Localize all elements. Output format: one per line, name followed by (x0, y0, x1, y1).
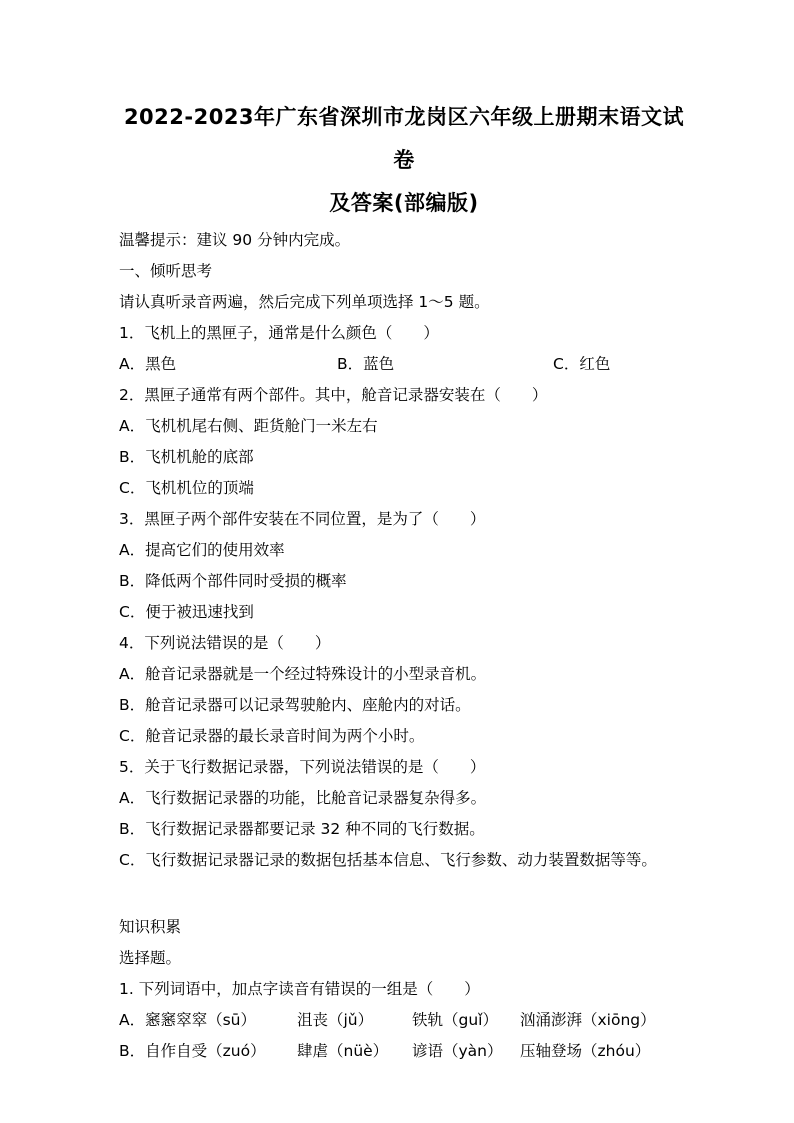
q3-option-a: A．提高它们的使用效率 (119, 535, 689, 566)
q5-option-a: A．飞行数据记录器的功能，比舱音记录器复杂得多。 (119, 783, 689, 814)
pinyin-item: 沮丧（jǔ） (297, 1005, 412, 1036)
q2-option-c: C．飞机机位的顶端 (119, 473, 689, 504)
q1-option-a: A．黑色 (119, 349, 337, 380)
q3-option-b: B．降低两个部件同时受损的概率 (119, 566, 689, 597)
section2-subheading: 选择题。 (119, 943, 689, 974)
s2-q1-option-row-b: B．自作自受（zuó） 肆虐（nüè） 谚语（yàn） 压轴登场（zhóu） (119, 1036, 689, 1067)
q2-stem: 2．黑匣子通常有两个部件。其中，舱音记录器安装在（ ） (119, 380, 689, 411)
pinyin-item: 铁轨（guǐ） (412, 1005, 520, 1036)
q3-stem: 3．黑匣子两个部件安装在不同位置，是为了（ ） (119, 504, 689, 535)
q4-option-a: A．舱音记录器就是一个经过特殊设计的小型录音机。 (119, 659, 689, 690)
q1-option-b: B．蓝色 (337, 349, 553, 380)
section1-intro: 请认真听录音两遍，然后完成下列单项选择 1～5 题。 (119, 287, 689, 318)
q2-option-b: B．飞机机舱的底部 (119, 442, 689, 473)
hint-text: 温馨提示：建议 90 分钟内完成。 (119, 225, 689, 256)
s2-q1-stem: 1. 下列词语中，加点字读音有错误的一组是（ ） (119, 974, 689, 1005)
pinyin-item: 谚语（yàn） (412, 1036, 520, 1067)
q4-option-c: C．舱音记录器的最长录音时间为两个小时。 (119, 721, 689, 752)
exam-document-page: 2022-2023年广东省深圳市龙岗区六年级上册期末语文试卷 及答案(部编版) … (0, 0, 794, 1123)
q2-option-a: A．飞机机尾右侧、距货舱门一米左右 (119, 411, 689, 442)
s2-q1-option-row-a: A．窸窸窣窣（sū） 沮丧（jǔ） 铁轨（guǐ） 汹涌澎湃（xiōng） (119, 1005, 689, 1036)
q5-stem: 5．关于飞行数据记录器，下列说法错误的是（ ） (119, 752, 689, 783)
document-title: 2022-2023年广东省深圳市龙岗区六年级上册期末语文试卷 及答案(部编版) (119, 96, 689, 225)
q5-option-c: C．飞行数据记录器记录的数据包括基本信息、飞行参数、动力装置数据等等。 (119, 845, 689, 876)
section-spacer (119, 876, 689, 912)
pinyin-item: 压轴登场（zhóu） (520, 1036, 650, 1067)
title-line-1: 2022-2023年广东省深圳市龙岗区六年级上册期末语文试卷 (119, 96, 689, 182)
section2-heading: 知识积累 (119, 912, 689, 943)
q1-options-row: A．黑色 B．蓝色 C．红色 (119, 349, 689, 380)
q1-stem: 1．飞机上的黑匣子，通常是什么颜色（ ） (119, 318, 689, 349)
title-line-2: 及答案(部编版) (119, 182, 689, 225)
pinyin-item: A．窸窸窣窣（sū） (119, 1005, 297, 1036)
pinyin-item: 汹涌澎湃（xiōng） (520, 1005, 656, 1036)
section1-heading: 一、倾听思考 (119, 256, 689, 287)
pinyin-item: 肆虐（nüè） (297, 1036, 412, 1067)
q5-option-b: B．飞行数据记录器都要记录 32 种不同的飞行数据。 (119, 814, 689, 845)
q4-stem: 4．下列说法错误的是（ ） (119, 628, 689, 659)
q4-option-b: B．舱音记录器可以记录驾驶舱内、座舱内的对话。 (119, 690, 689, 721)
pinyin-item: B．自作自受（zuó） (119, 1036, 297, 1067)
q3-option-c: C．便于被迅速找到 (119, 597, 689, 628)
q1-option-c: C．红色 (553, 349, 610, 380)
